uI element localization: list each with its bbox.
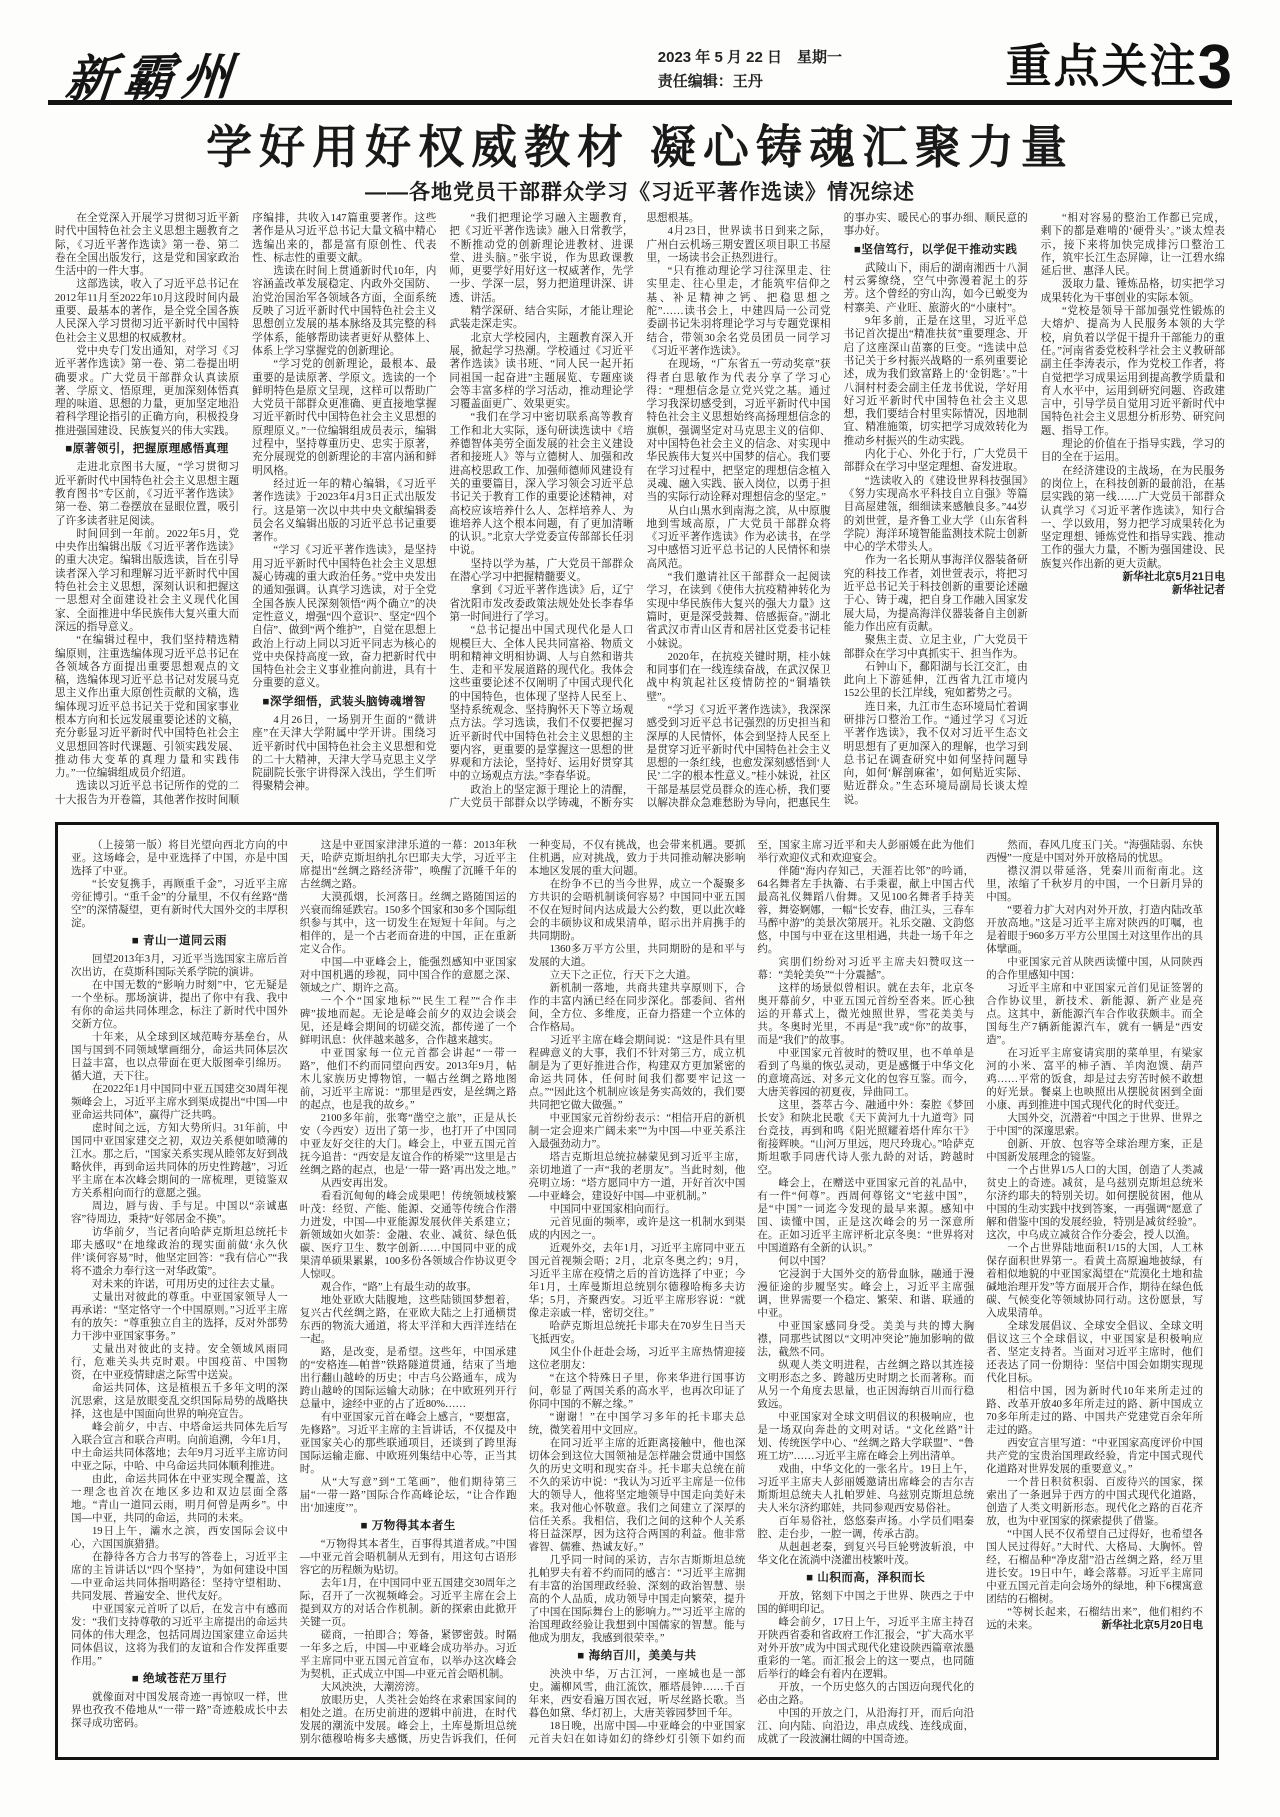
paragraph: 何以中国？ [757, 1255, 974, 1268]
paragraph: “总书记提出中国式现代化是人口规模巨大、全体人民共同富裕、物质文明和精神文明相协… [449, 624, 633, 784]
paragraph: 虑时间之远，方知大势所归。31年前，中国同中亚国家建交之初，双边关系便如喷薄的江… [71, 1122, 288, 1200]
paragraph: “学习党的创新理论，最根本、最重要的是读原著、学原文。选读的一个鲜明特色是原文呈… [252, 358, 436, 478]
paragraph: 这里，荟萃古今、融通中外：秦腔《梦回长安》和陕北民歌《天下黄河九十九道弯》同台竞… [757, 1099, 974, 1177]
paragraph: 戏曲，中华文化的一张名片。19日上午，习近平主席夫人彭丽媛邀请出席峰会的吉尔吉斯… [757, 1463, 974, 1515]
paragraph: 这样的场景似曾相识。就在去年，北京冬奥开幕前夕，中亚五国元首纷至沓来。匠心独运的… [757, 982, 974, 1047]
paragraph: 观合作，“路”上有最生动的故事。 [300, 1281, 517, 1294]
paragraph: 它浸润于大国外交的筋骨血脉，融通于漫漫征途的步履坚实。峰会上，习近平主席强调，世… [757, 1268, 974, 1320]
paragraph: （上接第一版）将目光望向西北方向的中亚。这场峰会，是中亚选择了中国，亦是中国选择… [71, 839, 288, 878]
paragraph: “中国人民不仅希望自己过得好，也希望各国人民过得好。”大时代、大格局、大胸怀。曾… [986, 1528, 1203, 1606]
paragraph: “我们在学习中密切联系高等教育工作和北大实际，逐句研读选读中《培养德智体美劳全面… [449, 411, 633, 557]
paragraph: 拿到《习近平著作选读》后，辽宁省沈阳市发改委政策法规处处长李春华第一时间进行了学… [449, 584, 633, 624]
paragraph: 元首见面的频率，或许是这一机制水到渠成的内因之一。 [529, 1216, 746, 1242]
paragraph: 然而，春风几度玉门关。“海强陆弱、东快西慢”一度是中国对外开放格局的忧思。 [986, 839, 1203, 865]
paragraph: 在习近平主席宴请宾朋的菜单里，有梁家河的小米、富平的柿子酒、羊肉泡馍、葫芦鸡……… [986, 1047, 1203, 1112]
paragraph: 连日来，九江市生态环境局忙着调研排污口整治工作。“通过学习《习近平著作选读》，我… [844, 701, 1028, 807]
paragraph: 几乎同一时间的采访，吉尔吉斯斯坦总统扎帕罗夫有着不约而同的感言：“习近平主席拥有… [529, 1554, 746, 1645]
paragraph: 在同习近平主席的近距离接触中，他也深切体会到这位大国领袖是怎样融会贯通中国悠久的… [529, 1437, 746, 1554]
paragraph: 百年易俗社，悠悠秦声扬。小学员们唱秦腔、走台步，一腔一调，传承古韵。 [757, 1515, 974, 1541]
paragraph: 一个个“国家地标”“民生工程”“合作丰碑”拔地而起。无论是峰会前夕的双边会谈会见… [300, 995, 517, 1047]
byline: 新华社北京5月20日电 [1080, 1619, 1203, 1632]
paragraph: 中亚国家元首彼时的赞叹里，也不单单是看到了鸟巢的恢弘灵动，更是感慨于中华文化的意… [757, 1047, 974, 1099]
section-header: 重点关注3 [1006, 30, 1232, 103]
paragraph: 作为一名长期从事海洋仪器装备研究的科技工作者，刘世萱表示，将把习近平总书记关于科… [844, 554, 1028, 634]
paragraph: 这部选读，收入了习近平总书记在2012年11月至2022年10月这段时间内最重要… [55, 278, 239, 344]
paragraph: 武陵山下，雨后的湖南湘西十八洞村云雾缭绕，空气中弥漫着泥土的芬芳。这个曾经的穷山… [844, 262, 1028, 315]
paragraph: 从白山黑水到南海之滨，从中原腹地到雪域高原，广大党员干部群众将《习近平著作选读》… [646, 505, 830, 571]
paragraph: 中国同中亚国家相向而行。 [529, 1203, 746, 1216]
paragraph: 地处亚欧大陆腹地，这些陆锁国梦想着，复兴古代丝绸之路，在亚欧大陆之上打通横贯东西… [300, 1294, 517, 1346]
section-subhead: ■ 山积而高，泽积而长 [757, 1572, 974, 1585]
paragraph: 开放，一个历史悠久的古国迈向现代化的必由之路。 [757, 1681, 974, 1707]
paragraph: 在纷争不已的当今世界，成立一个凝聚多方共识的会晤机制谈何容易？中国同中亚五国不仅… [529, 878, 746, 943]
paragraph: “要着力扩大对内对外开放，打造内陆改革开放高地。”这是习近平主席对陕西的叮嘱，也… [986, 904, 1203, 956]
paragraph: 中国的开放之门，从沿海打开，而后向沿江、向内陆、向沿边，串点成线、连线成面，成就… [757, 1707, 974, 1746]
paragraph: 峰会上，在赠送中亚国家元首的礼品中，有一件“何尊”。西周何尊铭文“宅兹中国”，是… [757, 1177, 974, 1255]
paragraph: “我们邀请社区干部群众一起阅读学习，在读到《使伟大抗疫精神转化为实现中华民族伟大… [646, 571, 830, 651]
paragraph: 有中亚国家元首在峰会上感言，“要想富，先修路”。习近平主席的主旨讲话，不仅提及中… [300, 1411, 517, 1476]
paragraph: 2100多年前，张骞“凿空之旅”，正是从长安（今西安）迈出了第一步，也打开了中国… [300, 1112, 517, 1177]
paragraph: 一个昔日积贫积弱、百废待兴的国家，探索出了一条迥异于西方的中国式现代化道路，创造… [986, 1476, 1203, 1528]
paragraph: “我们把理论学习融入主题教育，把《习近平著作选读》融入日常教学，不断推动党的创新… [449, 212, 633, 305]
paragraph: 磋商，一拍即合；筹备，紧锣密鼓。时隔一年多之后，中国—中亚峰会成功举办。习近平主… [300, 1629, 517, 1681]
paragraph: 全球发展倡议、全球安全倡议、全球文明倡议这三个全球倡议，中亚国家是积极响应者、坚… [986, 1320, 1203, 1385]
section-subhead: ■ 青山一道同云雨 [71, 935, 288, 948]
paragraph: 风尘仆仆赶赴会场，习近平主席热情迎接这位老朋友： [529, 1346, 746, 1372]
byline: 新华社记者 [1041, 584, 1225, 597]
paragraph: “只有推动理论学习往深里走、往实里走、往心里走，才能筑牢信仰之基、补足精神之钙、… [646, 265, 830, 358]
paragraph: 中亚国家元首听了以后，在发言中有感而发：“我们支持尊敬的习近平主席提出的命运共同… [71, 1603, 288, 1668]
paragraph: 纵观人类文明进程，古丝绸之路以其连接文明形态之多、跨越历史时期之长而著称。而从另… [757, 1359, 974, 1411]
paragraph: “在这个特殊日子里，你来华进行国事访问，彰显了两国关系的高水平，也再次印证了你同… [529, 1372, 746, 1411]
paragraph: 中亚国家每一位元首都会讲起“一带一路”，他们不约而同望向西安。2013年9月，帖… [300, 1047, 517, 1112]
editor-line: 责任编辑：王丹 [658, 70, 842, 94]
paragraph: 命运共同体，这是植根五千多年文明的深沉思索，这是放眼变乱交织国际局势的战略抉择，… [71, 1382, 288, 1421]
paragraph: 立天下之正位，行天下之大道。 [529, 969, 746, 982]
paragraph: 回望2013年3月，习近平当选国家主席后首次出访，在莫斯科国际关系学院的演讲。 [71, 953, 288, 979]
paragraph: “长安复携手，再顾重千金”，习近平主席旁征博引。“重千金”的分量里，不仅有丝路“… [71, 878, 288, 930]
page-number: 3 [1198, 33, 1232, 102]
date-line: 2023 年 5 月 22 日 星期一 [658, 46, 842, 70]
paragraph: 西安宣言里写道：“中亚国家高度评价中国共产党的宝贵治国理政经验，肯定中国式现代化… [986, 1437, 1203, 1476]
paragraph: “党校是领导干部加强党性锻炼的大熔炉、提高为人民服务本领的大学校，肩负着以学促干… [1041, 305, 1225, 438]
paragraph: 由此，命运共同体在中亚实现全覆盖，这一理念也首次在地区多边和双边层面全落地。“青… [71, 1473, 288, 1525]
paragraph: 理论的价值在于指导实践，学习的目的全在于运用。 [1041, 438, 1225, 465]
paragraph: 泱泱中华，万古江河，一座城也是一部史。灞柳风雪，曲江流饮，雁塔晨钟……千百年来，… [529, 1668, 746, 1720]
paragraph: 伴随“海内存知己，天涯若比邻”的吟诵，64名舞者左手执籥、右手秉翟，献上中国古代… [757, 865, 974, 956]
paragraph: 丈量出对彼此的支持。安全领域风雨同行，危难关头共克时艰。中国疫苗、中国物资，在中… [71, 1343, 288, 1382]
paragraph: 相信中国，因为新时代10年来所走过的路、改革开放40多年所走过的路、新中国成立7… [986, 1385, 1203, 1437]
paragraph: 坚持以学为基，广大党员干部群众在潜心学习中把握精髓要义。 [449, 558, 633, 585]
paragraph: 石钟山下，鄱阳湖与长江交汇，由此向上下游延伸，江西省九江市境内152公里的长江岸… [844, 661, 1028, 701]
continued-article-box: （上接第一版）将目光望向西北方向的中亚。这场峰会，是中亚选择了中国，亦是中国选择… [55, 822, 1219, 1760]
paragraph: 塔吉克斯坦总统拉赫蒙见到习近平主席，亲切地道了一声“我的老朋友”。当此时刻，他亮… [529, 1151, 746, 1203]
paragraph: 习近平主席在峰会期间说：“这是件具有里程碑意义的大事，我们不针对第三方，成立机制… [529, 1034, 746, 1112]
paragraph: 就像面对中国发展奇迹一再惊叹一样，世界也孜孜不倦地从“一带一路”奇迹般成长中去探… [71, 1691, 288, 1730]
paragraph: 这是中亚国家津津乐道的一幕：2013年秋天，哈萨克斯坦纳扎尔巴耶夫大学，习近平主… [300, 839, 517, 891]
paragraph: “万物得其本者生，百事得其道者成。”中国—中亚元首会晤机制从无到有，用这句古语形… [300, 1538, 517, 1577]
paragraph: 2020年，在抗疫关键时期，桂小妹和同事们在一线连续奋战，在武汉保卫战中构筑起社… [646, 651, 830, 704]
section-subhead: ■ 万物得其本者生 [300, 1520, 517, 1533]
paragraph: 从西安再出发。 [300, 1177, 517, 1190]
paragraph: 中亚国家感同身受。美美与共的博大胸襟，同那些试图以“文明冲突论”施加影响的做法，… [757, 1320, 974, 1359]
paragraph: 习近平主席和中亚国家元首们见证签署的合作协议里，新技术、新能源、新产业是亮点。这… [986, 982, 1203, 1047]
paragraph: 在经济建设的主战场，在为民服务的岗位上，在科技创新的最前沿，在基层实践的第一线…… [1041, 465, 1225, 571]
paragraph: 开放，铭刻下中国之于世界、陕西之于中国的鲜明印记。 [757, 1590, 974, 1616]
header-rule [48, 100, 1232, 105]
lead-article-body: 在全党深入开展学习贯彻习近平新时代中国特色社会主义思想主题教育之际，《习近平著作… [55, 212, 1225, 816]
paragraph: 新机制一落地，共商共建共享原则下，合作的丰富内涵已经在同步深化。部委间、省州间，… [529, 982, 746, 1034]
paragraph: 精学深研、结合实际，才能让理论武装走深走实。 [449, 305, 633, 332]
paragraph: 党中央专门发出通知，对学习《习近平著作选读》第一卷、第二卷提出明确要求。广大党员… [55, 345, 239, 438]
paragraph: 看看沉甸甸的峰会成果吧！传统领域枝繁叶茂：经贸、产能、能源、交通等传统合作潜力迸… [300, 1190, 517, 1281]
paragraph: 在静待各方合力书写的答卷上，习近平主席的主旨讲话以“四个坚持”，为如何建设中国—… [71, 1551, 288, 1603]
paragraph: “谢谢！”在中国学习多年的托卡耶夫总统，微笑着用中文回应。 [529, 1411, 746, 1437]
paragraph: 北京大学校园内，主题教育深入开展，掀起学习热潮。学校通过《习近平著作选读》读书班… [449, 332, 633, 412]
paragraph: 在中国无数的“影响力时刻”中，它无疑是一个坐标。那场演讲，提出了你中有我、我中有… [71, 979, 288, 1031]
paragraph: 十年来，从全球到区域范畴夯基垒台，从国与国到不同领域擘画细分，命运共同体层次日益… [71, 1031, 288, 1083]
paragraph: 汲取力量、锤炼品格，切实把学习成果转化为干事创业的实际本领。 [1041, 278, 1225, 305]
paragraph: 在现场，“广东省五一劳动奖章”获得者白思敏作为代表分享了学习心得：“理想信念是立… [646, 358, 830, 504]
paragraph: 访华前夕，当记者向哈萨克斯坦总统托卡耶夫感叹“在地缘政治的现实面前做‘永久伙伴’… [71, 1226, 288, 1278]
paragraph: 4月26日，一场别开生面的“微讲座”在天津大学附属中学开讲。围绕习近平新时代中国… [252, 714, 436, 794]
paragraph: 一个占世界陆地面积1/15的大国，人工林保存面积世界第一。看黄土高原遍地披绿，有… [986, 1242, 1203, 1320]
paragraph: 9年多前，正是在这里，习近平总书记首次提出“精准扶贫”重要理念、开启了这座深山苗… [844, 315, 1028, 448]
paragraph: 去年1月，在中国同中亚五国建交30周年之际，召开了一次视频峰会。习近平主席在会上… [300, 1577, 517, 1629]
page-header: 新霸州 2023 年 5 月 22 日 星期一 责任编辑：王丹 重点关注3 [48, 36, 1232, 98]
paragraph: 选读在时间上贯通新时代10年，内容涵盖改革发展稳定、内政外交国防、治党治国治军各… [252, 265, 436, 358]
paragraph: 丈量出对彼此的尊重。中亚国家领导人一再承诺：“坚定恪守一个中国原则。”习近平主席… [71, 1291, 288, 1343]
byline: 新华社北京5月21日电 [1041, 571, 1225, 584]
paragraph: 哈萨克斯坦总统托卡耶夫在70岁生日当天飞抵西安。 [529, 1320, 746, 1346]
paragraph: 从“大写意”到“工笔画”，他们期待第三届“一带一路”国际合作高峰论坛，“让合作跑… [300, 1476, 517, 1515]
paragraph: 时间回到一年前。2022年5月，党中央作出编辑出版《习近平著作选读》的重大决定。… [55, 528, 239, 634]
section-subhead: ■原著领引，把握原理感悟真理 [55, 443, 239, 456]
paragraph: 在2022年1月中国同中亚五国建交30周年视频峰会上，习近平主席水到渠成提出“中… [71, 1083, 288, 1122]
paragraph: 路，是改变，是希望。这些年，中国承建的“安格连—帕普”铁路隧道贯通，结束了当地出… [300, 1346, 517, 1411]
continued-article-body: （上接第一版）将目光望向西北方向的中亚。这场峰会，是中亚选择了中国，亦是中国选择… [71, 839, 1203, 1749]
paragraph: 大风泱泱，大潮滂滂。 [300, 1681, 517, 1694]
paragraph: 襟汉渭以带延洛，凭秦川而衔南北。这里，浓缩了千秋岁月的中国，一个日新月异的中国。 [986, 865, 1203, 904]
paragraph: 内化于心、外化于行，广大党员干部群众在学习中坚定理想、奋发进取。 [844, 448, 1028, 475]
paragraph: 1360多万平方公里，共同期盼的是和平与发展的大道。 [529, 943, 746, 969]
section-subhead: ■坚信笃行，以学促干推动实践 [844, 244, 1028, 257]
paragraph: “相对容易的整治工作都已完成，剩下的都是难啃的‘硬骨头’。”谈太煌表示，接下来将… [1041, 212, 1225, 278]
section-label: 重点关注 [1006, 40, 1198, 92]
paragraph: 走进北京图书大厦，“学习贯彻习近平新时代中国特色社会主义思想主题教育图书”专区前… [55, 461, 239, 527]
paragraph: 峰会前夕，17日上午，习近平主席主持召开陕西省委和省政府工作汇报会，“扩大高水平… [757, 1616, 974, 1681]
paragraph: 中亚国家对全球文明倡议的积极响应，也是一场双向奔赴的文明对话。“文化丝路”计划、… [757, 1411, 974, 1463]
paragraph: 中国—中亚峰会上，能强烈感知中亚国家对中国机遇的珍视，同中国合作的意愿之深、领域… [300, 956, 517, 995]
paragraph: 近观外交，去年1月，习近平主席同中亚五国元首视频会晤；2月，北京冬奥之约；9月，… [529, 1242, 746, 1320]
paragraph: 大漠孤烟，长河落日。丝绸之路随国运的兴衰而绵延跌宕。150多个国家和30多个国际… [300, 891, 517, 956]
section-subhead: ■ 绝域苍茫万里行 [71, 1673, 288, 1686]
paragraph: 周边，唇与齿、手与足。中国以“亲诚惠容”待周边，秉持“好邻居金不换”。 [71, 1200, 288, 1226]
paragraph: 聚焦主责、立足主业，广大党员干部群众在学习中真抓实干、担当作为。 [844, 634, 1028, 661]
paragraph: 大国外交，沉潜着“中国之于世界、世界之于中国”的深邃思索。 [986, 1112, 1203, 1138]
section-subhead: ■深学细悟，武装头脑铸魂增智 [252, 696, 436, 709]
paragraph: 中亚国家元首纷纷表示：“相信开启的新机制一定会迎来广阔未来”“为中国—中亚关系注… [529, 1112, 746, 1151]
section-subhead: ■ 海纳百川，美美与共 [529, 1650, 746, 1663]
sub-headline: ——各地党员干部群众学习《习近平著作选读》情况综述 [0, 176, 1280, 206]
paragraph: 中亚国家元首从陕西读懂中国，从同陕西的合作里感知中国： [986, 956, 1203, 982]
paragraph: “学习《习近平著作选读》，是坚持用习近平新时代中国特色社会主义思想凝心铸魂的重大… [252, 544, 436, 690]
paragraph: “在编辑过程中，我们坚持精选精编原则，注重选编体现习近平总书记在各领域各方面提出… [55, 634, 239, 780]
paragraph: 19日上午，灞水之滨，西安国际会议中心，六国国旗猎猎。 [71, 1525, 288, 1551]
paragraph: 在全党深入开展学习贯彻习近平新时代中国特色社会主义思想主题教育之际，《习近平著作… [55, 212, 239, 278]
paragraph: 创新、开放、包容等全球治理方案，正是中国新发展理念的镜鉴。 [986, 1138, 1203, 1164]
main-headline: 学好用好权威教材 凝心铸魂汇聚力量 [0, 111, 1280, 177]
date-editor-block: 2023 年 5 月 22 日 星期一 责任编辑：王丹 [658, 46, 842, 94]
paragraph: 一个占世界1/5人口的大国，创造了人类减贫史上的奇迹。减贫，是乌兹别克斯坦总统米… [986, 1164, 1203, 1242]
paragraph: 从赳赳老秦，到复兴号巨轮劈波斩浪，中华文化在流淌中浇灌出枝繁叶茂。 [757, 1541, 974, 1567]
paragraph: 峰会前夕，中吉、中塔命运共同体先后写入联合宣言和联合声明。向前追溯，今年1月，中… [71, 1421, 288, 1473]
paragraph: 经过近一年的精心编辑，《习近平著作选读》于2023年4月3日正式出版发行。这是第… [252, 478, 436, 544]
paragraph: 对未来的许诺，可用历史的过往去丈量。 [71, 1278, 288, 1291]
paragraph: “等树长起来，石榴结出来”，他们相约不远的未来。新华社北京5月20日电 [986, 1606, 1203, 1632]
paragraph: 4月23日，世界读书日到来之际，广州白云机场三期安置区项目职工书屋里，一场读书会… [646, 225, 830, 265]
paragraph: “选读收入的《建设世界科技强国》《努力实现高水平科技自立自强》等篇目高屋建瓴，细… [844, 475, 1028, 555]
paragraph: 宾朋们纷纷对习近平主席夫妇赞叹这一幕：“美轮美奂”“十分震撼”。 [757, 956, 974, 982]
